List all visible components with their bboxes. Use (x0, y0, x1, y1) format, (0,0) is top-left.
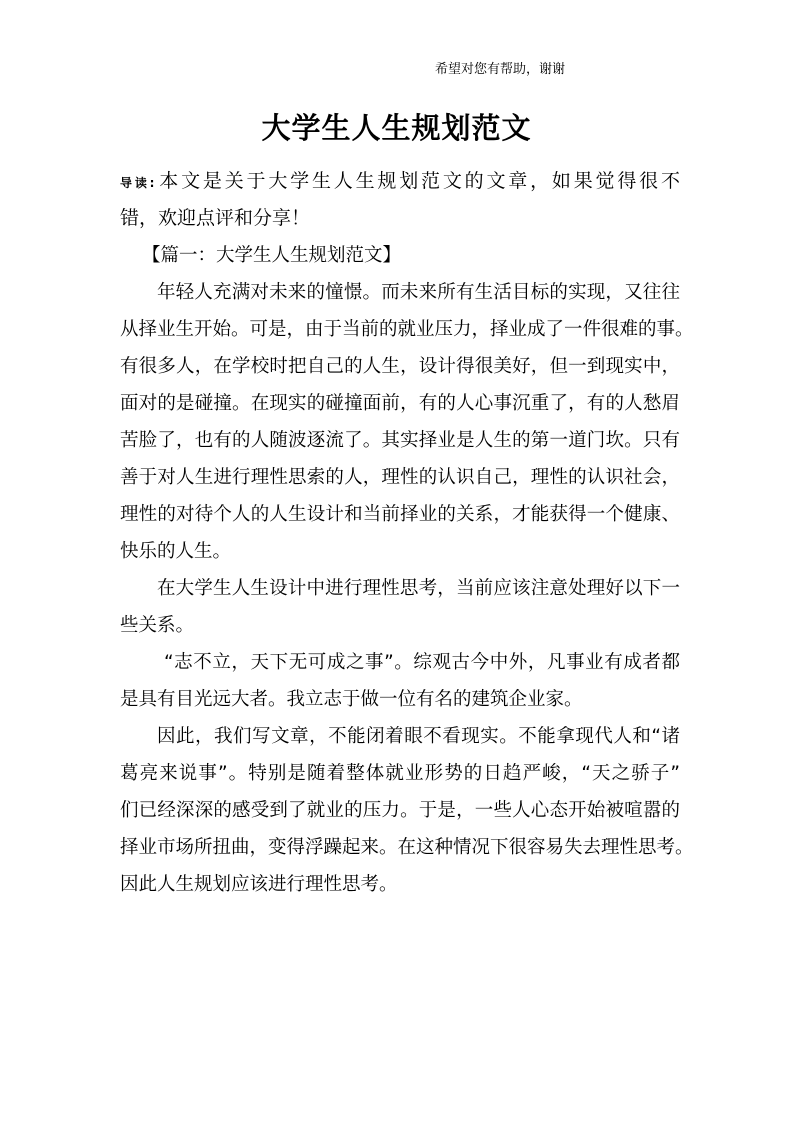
document-body: 导读:本文是关于大学生人生规划范文的文章，如果觉得很不 错，欢迎点评和分享！ 【… (120, 163, 680, 903)
paragraph-line: 们已经深深的感受到了就业的压力。于是，一些人心态开始被喧嚣的 (120, 792, 680, 829)
header-note: 希望对您有帮助，谢谢 (435, 60, 565, 80)
paragraph-line: 葛亮来说事”。特别是随着整体就业形势的日趋严峻，“天之骄子” (120, 755, 680, 792)
lead-line-1: 导读:本文是关于大学生人生规划范文的文章，如果觉得很不 (120, 163, 680, 200)
paragraph-line: 面对的是碰撞。在现实的碰撞面前，有的人心事沉重了，有的人愁眉 (120, 385, 680, 422)
paragraph-line: 快乐的人生。 (120, 533, 680, 570)
paragraph-line: 有很多人，在学校时把自己的人生，设计得很美好，但一到现实中， (120, 348, 680, 385)
paragraph-line: 些关系。 (120, 607, 680, 644)
paragraph-3: “志不立，天下无可成之事”。综观古今中外，凡事业有成者都 是具有目光远大者。我立… (120, 644, 680, 718)
paragraph-line: 苦脸了，也有的人随波逐流了。其实择业是人生的第一道门坎。只有 (120, 422, 680, 459)
paragraph-line: “志不立，天下无可成之事”。综观古今中外，凡事业有成者都 (120, 644, 680, 681)
document-page: 希望对您有帮助，谢谢 大学生人生规划范文 导读:本文是关于大学生人生规划范文的文… (0, 0, 793, 1122)
section-heading: 【篇一：大学生人生规划范文】 (120, 237, 680, 274)
document-title: 大学生人生规划范文 (0, 108, 793, 148)
lead-text: 本文是关于大学生人生规划范文的文章，如果觉得很不 (156, 170, 680, 192)
paragraph-1: 年轻人充满对未来的憧憬。而未来所有生活目标的实现，又往往 从择业生开始。可是，由… (120, 274, 680, 570)
paragraph-line: 理性的对待个人的人生设计和当前择业的关系，才能获得一个健康、 (120, 496, 680, 533)
paragraph-2: 在大学生人生设计中进行理性思考，当前应该注意处理好以下一 些关系。 (120, 570, 680, 644)
paragraph-line: 从择业生开始。可是，由于当前的就业压力，择业成了一件很难的事。 (120, 311, 680, 348)
lead-label: 导读: (120, 176, 154, 190)
paragraph-line: 善于对人生进行理性思索的人，理性的认识自己，理性的认识社会， (120, 459, 680, 496)
paragraph-line: 是具有目光远大者。我立志于做一位有名的建筑企业家。 (120, 681, 680, 718)
paragraph-line: 因此人生规划应该进行理性思考。 (120, 866, 680, 903)
paragraph-line: 择业市场所扭曲，变得浮躁起来。在这种情况下很容易失去理性思考。 (120, 829, 680, 866)
paragraph-line: 在大学生人生设计中进行理性思考，当前应该注意处理好以下一 (120, 570, 680, 607)
paragraph-line: 年轻人充满对未来的憧憬。而未来所有生活目标的实现，又往往 (120, 274, 680, 311)
paragraph-line: 因此，我们写文章，不能闭着眼不看现实。不能拿现代人和“诸 (120, 718, 680, 755)
paragraph-4: 因此，我们写文章，不能闭着眼不看现实。不能拿现代人和“诸 葛亮来说事”。特别是随… (120, 718, 680, 903)
lead-line-2: 错，欢迎点评和分享！ (120, 200, 680, 237)
